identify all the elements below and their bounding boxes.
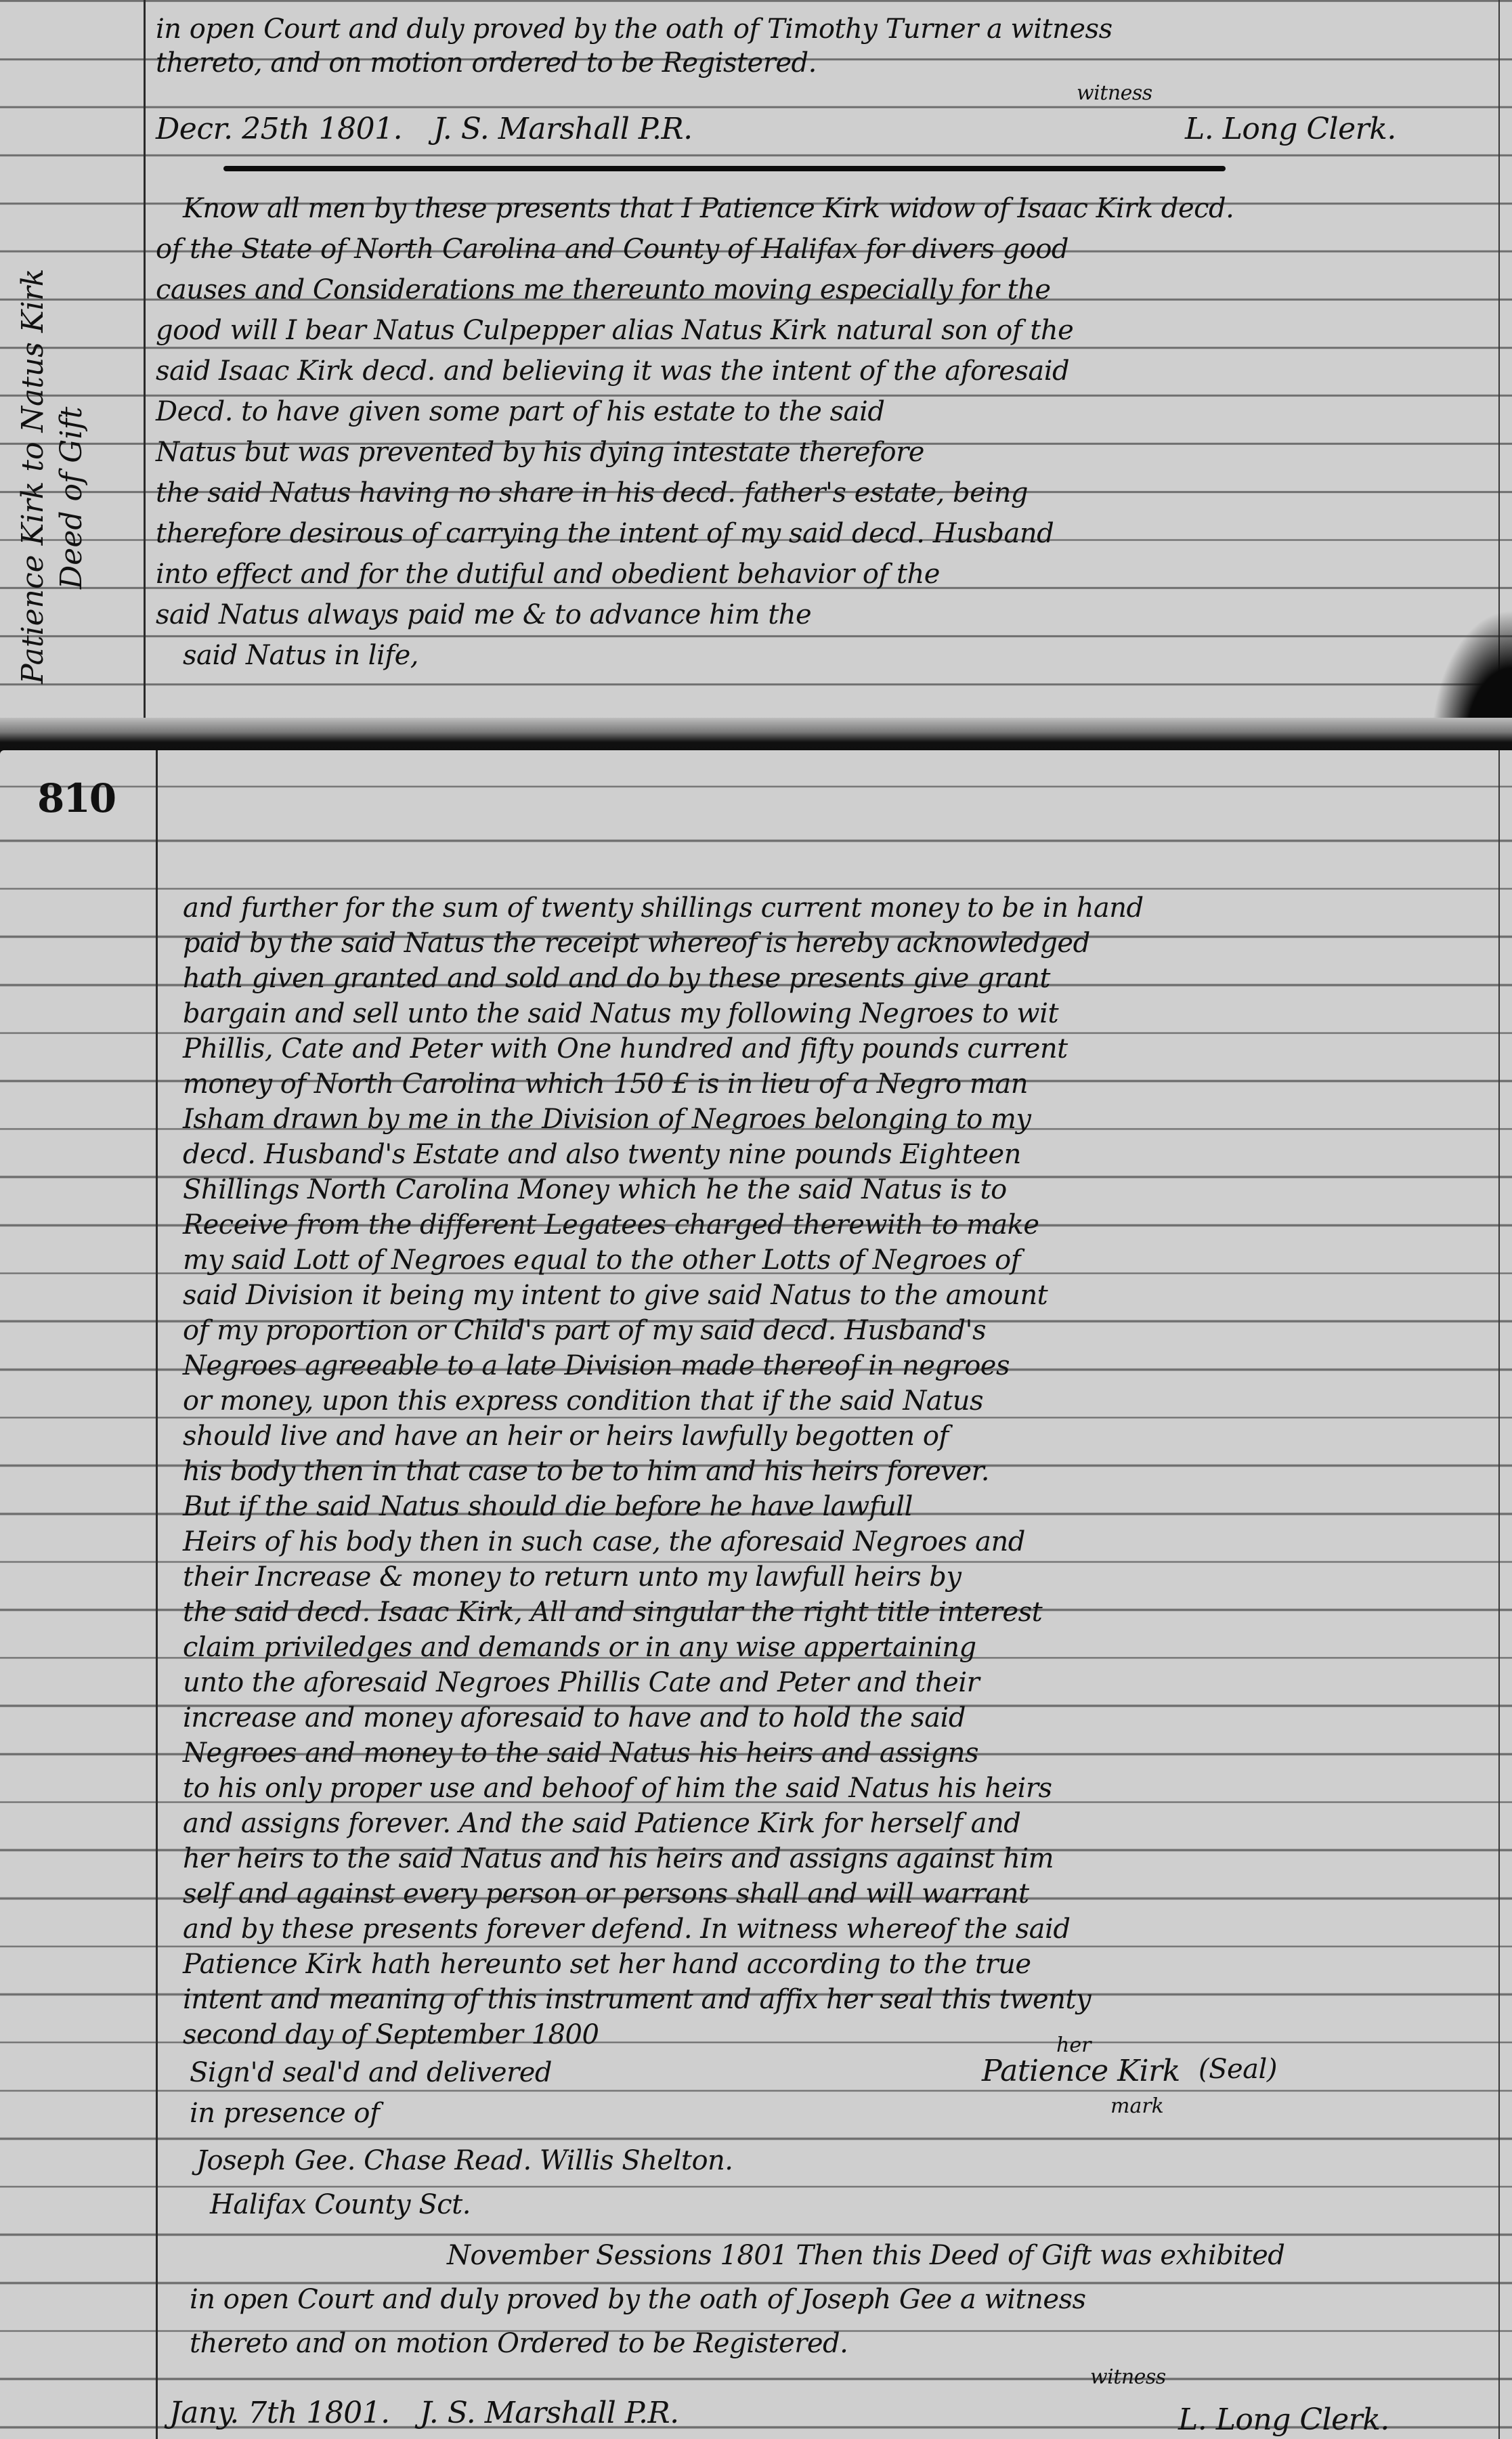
deed-line: hath given granted and sold and do by th…	[183, 963, 1050, 994]
signed-sealed-line: Sign'd seal'd and delivered	[190, 2057, 552, 2088]
witness-label: witness	[1090, 2365, 1166, 2389]
deed-line: their Increase & money to return unto my…	[183, 1561, 962, 1593]
deed-line: said Natus always paid me & to advance h…	[156, 599, 811, 630]
deed-line: Negroes and money to the said Natus his …	[183, 1737, 978, 1769]
deed-line: decd. Husband's Estate and also twenty n…	[183, 1139, 1021, 1170]
deed-line: second day of September 1800	[183, 2019, 599, 2050]
deed-line: and by these presents forever defend. In…	[183, 1914, 1070, 1945]
witnesses-line: Joseph Gee. Chase Read. Willis Shelton.	[196, 2145, 733, 2176]
deed-line: increase and money aforesaid to have and…	[183, 1702, 966, 1733]
deed-line: her heirs to the said Natus and his heir…	[183, 1843, 1054, 1874]
margin-rule	[156, 750, 158, 2439]
clerk-signature: L. Long Clerk.	[1178, 2402, 1389, 2437]
prior-entry-line: thereto, and on motion ordered to be Reg…	[156, 47, 817, 79]
deed-line: unto the aforesaid Negroes Phillis Cate …	[183, 1667, 979, 1698]
deed-line: Decd. to have given some part of his est…	[156, 396, 884, 427]
in-presence-line: in presence of	[190, 2098, 379, 2129]
deed-line: of my proportion or Child's part of my s…	[183, 1315, 986, 1346]
deed-line: self and against every person or persons…	[183, 1878, 1029, 1909]
deed-line: of the State of North Carolina and Count…	[156, 234, 1068, 265]
deed-line: But if the said Natus should die before …	[183, 1491, 913, 1522]
grantor-signature: Patience Kirk	[982, 2054, 1180, 2088]
margin-rule	[144, 0, 146, 731]
lower-register-page: and further for the sum of twenty shilli…	[0, 750, 1512, 2439]
deed-line: his body then in that case to be to him …	[183, 1456, 989, 1487]
proved-line: in open Court and duly proved by the oat…	[190, 2284, 1086, 2315]
deed-line: claim priviledges and demands or in any …	[183, 1632, 976, 1663]
deed-line: the said decd. Isaac Kirk, All and singu…	[183, 1597, 1042, 1628]
deed-line: should live and have an heir or heirs la…	[183, 1421, 949, 1452]
deed-line: Receive from the different Legatees char…	[183, 1209, 1039, 1240]
page-number: 810	[37, 775, 115, 821]
upper-register-page: in open Court and duly proved by the oat…	[0, 0, 1512, 731]
mark-label: mark	[1110, 2094, 1164, 2118]
deed-line: Shillings North Carolina Money which he …	[183, 1174, 1007, 1205]
session-line: November Sessions 1801 Then this Deed of…	[447, 2240, 1284, 2271]
deed-line: or money, upon this express condition th…	[183, 1385, 983, 1417]
deed-line: Know all men by these presents that I Pa…	[183, 193, 1234, 224]
deed-line: bargain and sell unto the said Natus my …	[183, 998, 1058, 1029]
signature-date: Jany. 7th 1801.	[169, 2396, 390, 2430]
entry-divider-stroke	[223, 166, 1226, 171]
right-rule	[1498, 750, 1500, 2439]
deed-line: causes and Considerations me thereunto m…	[156, 274, 1051, 305]
deed-line: Natus but was prevented by his dying int…	[156, 437, 924, 468]
county-line: Halifax County Sct.	[210, 2189, 471, 2220]
deed-line: Phillis, Cate and Peter with One hundred…	[183, 1033, 1068, 1064]
deed-line: Heirs of his body then in such case, the…	[183, 1526, 1025, 1557]
her-label: her	[1056, 2033, 1091, 2057]
deed-line: the said Natus having no share in his de…	[156, 477, 1028, 509]
deed-line: money of North Carolina which 150 £ is i…	[183, 1069, 1028, 1100]
prior-entry-signature: J. S. Marshall P.R.	[433, 112, 693, 146]
deed-line: intent and meaning of this instrument an…	[183, 1984, 1091, 2015]
prior-entry-date: Decr. 25th 1801.	[156, 112, 402, 146]
deed-line: paid by the said Natus the receipt where…	[183, 928, 1090, 959]
deed-line: said Division it being my intent to give…	[183, 1280, 1047, 1311]
deed-line: and assigns forever. And the said Patien…	[183, 1808, 1020, 1839]
margin-note: Patience Kirk to Natus Kirk Deed of Gift	[14, 269, 91, 684]
margin-note-subtitle: Deed of Gift	[52, 269, 91, 684]
margin-note-title: Patience Kirk to Natus Kirk	[14, 269, 52, 684]
deed-line: my said Lott of Negroes equal to the oth…	[183, 1245, 1020, 1276]
deed-line: to his only proper use and behoof of him…	[183, 1773, 1052, 1804]
deed-line: good will I bear Natus Culpepper alias N…	[156, 315, 1073, 346]
deed-line: therefore desirous of carrying the inten…	[156, 518, 1054, 549]
prior-entry-line: in open Court and duly proved by the oat…	[156, 14, 1113, 45]
official-signature: J. S. Marshall P.R.	[420, 2396, 679, 2430]
deed-line: into effect and for the dutiful and obed…	[156, 559, 940, 590]
deed-line: Patience Kirk hath hereunto set her hand…	[183, 1949, 1031, 1980]
registered-line: thereto and on motion Ordered to be Regi…	[190, 2328, 848, 2359]
deed-line: and further for the sum of twenty shilli…	[183, 892, 1144, 924]
prior-entry-clerk-signature: L. Long Clerk.	[1185, 112, 1396, 146]
witness-label: witness	[1077, 81, 1152, 105]
deed-line: Negroes agreeable to a late Division mad…	[183, 1350, 1010, 1381]
deed-line: Isham drawn by me in the Division of Neg…	[183, 1104, 1031, 1135]
seal: (Seal)	[1198, 2054, 1277, 2085]
deed-line: said Isaac Kirk decd. and believing it w…	[156, 355, 1069, 387]
deed-line: said Natus in life,	[183, 640, 418, 671]
